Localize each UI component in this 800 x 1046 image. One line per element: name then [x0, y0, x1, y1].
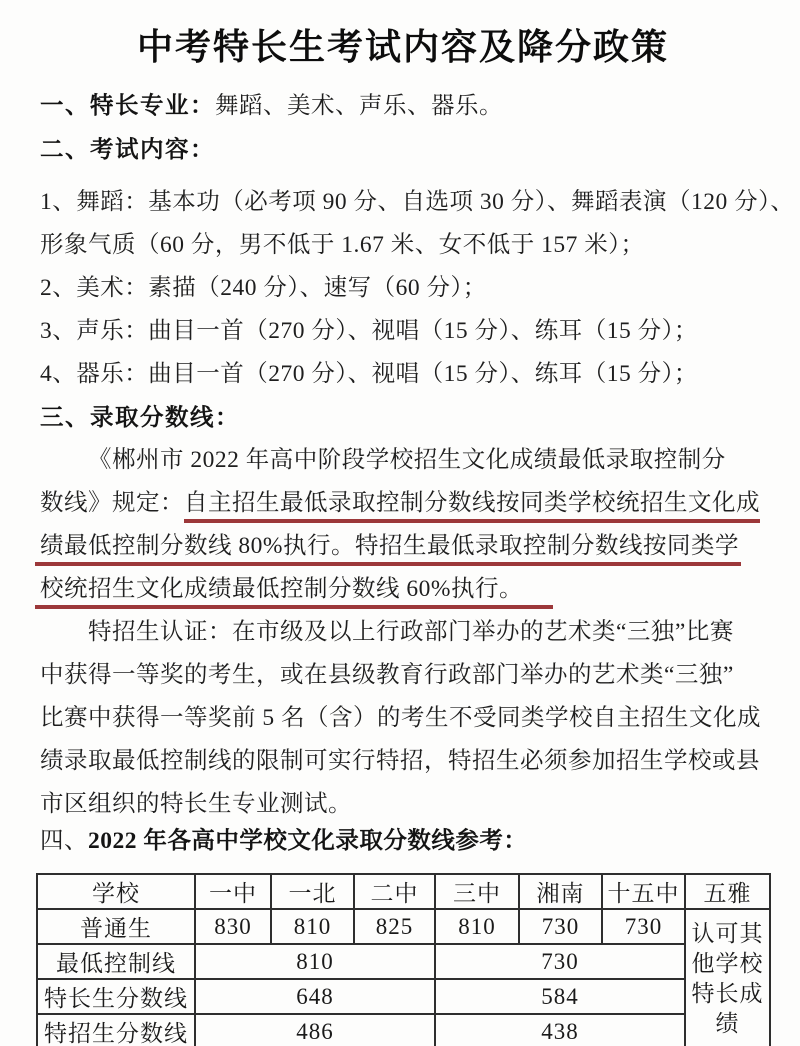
row-label: 特招生分数线	[37, 1014, 195, 1046]
row-label: 普通生	[37, 909, 195, 944]
policy-line4-underlined: 校统招生文化成绩最低控制分数线 60%执行。	[35, 576, 553, 609]
row-label: 特长生分数线	[37, 979, 195, 1014]
table-row-min-control: 最低控制线 810 730	[37, 944, 770, 979]
table-row-tezhao: 特招生分数线 486 438	[37, 1014, 770, 1046]
row-label: 最低控制线	[37, 944, 195, 979]
policy-line3-underlined: 绩最低控制分数线 80%执行。特招生最低录取控制分数线按同类学	[35, 533, 741, 566]
policy-line1: 《郴州市 2022 年高中阶段学校招生文化成绩最低录取控制分	[40, 439, 766, 482]
certification-paragraph: 特招生认证：在市级及以上行政部门举办的艺术类“三独”比赛 中获得一等奖的考生，或…	[40, 611, 766, 826]
cert-line1: 特招生认证：在市级及以上行政部门举办的艺术类“三独”比赛	[40, 611, 766, 654]
item-dance-line1: 1、舞蹈：基本功（必考项 90 分、自选项 30 分）、舞蹈表演（120 分）、	[40, 181, 766, 224]
section4-title: 2022 年各高中学校文化录取分数线参考：	[88, 828, 527, 854]
exam-items: 1、舞蹈：基本功（必考项 90 分、自选项 30 分）、舞蹈表演（120 分）、…	[40, 181, 766, 396]
section1-heading: 一、特长专业：	[40, 92, 215, 118]
header-cell-xiangnan: 湘南	[519, 874, 602, 909]
policy-line3: 绩最低控制分数线 80%执行。特招生最低录取控制分数线按同类学	[40, 525, 766, 568]
header-cell-sanzhong: 三中	[435, 874, 519, 909]
item-instrument: 4、器乐：曲目一首（270 分）、视唱（15 分）、练耳（15 分）；	[40, 353, 766, 396]
section4-prefix: 四、	[40, 828, 88, 854]
header-cell-erzhong: 二中	[354, 874, 435, 909]
cert-line3: 比赛中获得一等奖前 5 名（含）的考生不受同类学校自主招生文化成	[40, 697, 766, 740]
section4-heading: 四、2022 年各高中学校文化录取分数线参考：	[40, 820, 766, 863]
header-cell-school: 学校	[37, 874, 195, 909]
policy-line2: 数线》规定：自主招生最低录取控制分数线按同类学校统招生文化成	[40, 482, 766, 525]
table-cell-merged-left: 486	[195, 1014, 435, 1046]
section1-line: 一、特长专业：舞蹈、美术、声乐、器乐。	[40, 84, 766, 128]
policy-paragraph: 《郴州市 2022 年高中阶段学校招生文化成绩最低录取控制分 数线》规定：自主招…	[40, 439, 766, 611]
table-header-row: 学校 一中 一北 二中 三中 湘南 十五中 五雅	[37, 874, 770, 909]
item-art: 2、美术：素描（240 分）、速写（60 分）；	[40, 267, 766, 310]
table-cell: 730	[602, 909, 685, 944]
section1-body: 舞蹈、美术、声乐、器乐。	[215, 93, 503, 119]
table-cell-merged-left: 648	[195, 979, 435, 1014]
table-cell: 810	[435, 909, 519, 944]
policy-line2-plain: 数线》规定：	[40, 490, 184, 516]
wuya-note-cell: 认可其 他学校 特长成 绩	[685, 909, 770, 1046]
policy-line2-underlined: 自主招生最低录取控制分数线按同类学校统招生文化成	[184, 490, 760, 523]
table-cell-merged-right: 438	[435, 1014, 685, 1046]
header-cell-wuya: 五雅	[685, 874, 770, 909]
table-cell-merged-left: 810	[195, 944, 435, 979]
table-row-techang: 特长生分数线 648 584	[37, 979, 770, 1014]
table-cell: 730	[519, 909, 602, 944]
header-cell-yizhong: 一中	[195, 874, 271, 909]
header-cell-shiwuzhong: 十五中	[602, 874, 685, 909]
document-page: 中考特长生考试内容及降分政策 一、特长专业：舞蹈、美术、声乐、器乐。 二、考试内…	[0, 0, 800, 1046]
table-cell-merged-right: 584	[435, 979, 685, 1014]
scan-artifact-missing-border	[357, 934, 431, 940]
score-table: 学校 一中 一北 二中 三中 湘南 十五中 五雅 普通生 830 810 825…	[36, 873, 771, 1046]
score-table-wrapper: 学校 一中 一北 二中 三中 湘南 十五中 五雅 普通生 830 810 825…	[36, 873, 766, 1046]
cert-line4: 绩录取最低控制线的限制可实行特招，特招生必须参加招生学校或县	[40, 740, 766, 783]
header-cell-yibei: 一北	[271, 874, 354, 909]
document-title: 中考特长生考试内容及降分政策	[40, 24, 766, 70]
item-dance-line2: 形象气质（60 分，男不低于 1.67 米、女不低于 157 米）；	[40, 224, 766, 267]
table-cell: 810	[271, 909, 354, 944]
section2-heading: 二、考试内容：	[40, 128, 766, 171]
section3-heading: 三、录取分数线：	[40, 396, 766, 439]
cert-line2: 中获得一等奖的考生，或在县级教育行政部门举办的艺术类“三独”	[40, 654, 766, 697]
policy-line4: 校统招生文化成绩最低控制分数线 60%执行。	[40, 568, 766, 611]
table-cell-merged-right: 730	[435, 944, 685, 979]
item-vocal: 3、声乐：曲目一首（270 分）、视唱（15 分）、练耳（15 分）；	[40, 310, 766, 353]
table-cell: 830	[195, 909, 271, 944]
